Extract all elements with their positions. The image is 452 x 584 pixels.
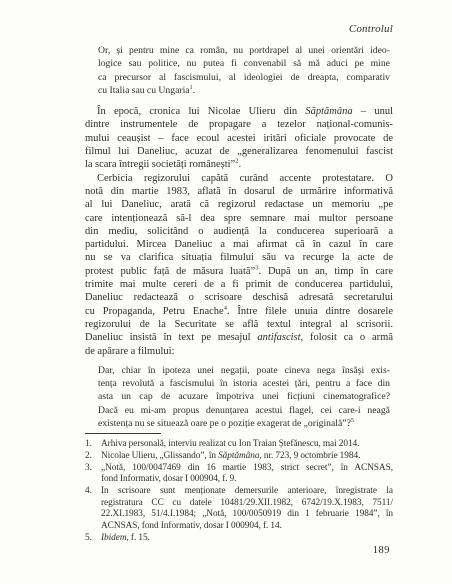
text-line: Daneliuc insistă în text pe mesajul anti… <box>85 331 393 344</box>
text-line: asta un cap de acuzare împotriva unei fi… <box>98 390 390 403</box>
text-line: Dar, chiar în ipoteza unei negații, poat… <box>98 364 390 377</box>
footnote: 1.Arhiva personală, interviu realizat cu… <box>85 439 393 451</box>
footnote-line: În scrisoare sunt menționate demersurile… <box>101 486 393 498</box>
text-line: tența revolută a fascismului în istoria … <box>98 377 390 390</box>
text-line: cu Propaganda, Petru Enache4. Între file… <box>85 305 393 318</box>
text-line: trimite mai multe cereri de a fi primit … <box>85 278 393 291</box>
text-line: Daneliuc redactează o scrisoare deschisă… <box>85 291 393 304</box>
text-line: filmul lui Daneliuc, acuzat de „generali… <box>85 145 393 158</box>
footnote-number: 4. <box>85 486 99 498</box>
text-line: dintre instrumentele de propagare a teze… <box>85 118 393 131</box>
text-line: ca precursor al fascismului, al ideologi… <box>98 71 390 84</box>
footnote-number: 1. <box>85 439 99 451</box>
text-line: de apărare a filmului: <box>85 345 393 358</box>
text-line: protest public față de măsura luată”3. D… <box>85 265 393 278</box>
footnote-number: 2. <box>85 451 99 463</box>
footnote-number: 5. <box>85 533 99 545</box>
text-line: logice sau politice, nu putea fi convena… <box>98 57 390 70</box>
text-line: Dacă eu mi-am propus denunțarea acestui … <box>98 404 390 417</box>
footnote-separator-rule <box>85 433 161 434</box>
text-line: existența nu se situează oare pe o poziț… <box>98 417 390 430</box>
text-line: al lui Daneliuc, arată că regizorul reda… <box>85 198 393 211</box>
footnotes-section: 1.Arhiva personală, interviu realizat cu… <box>85 439 393 544</box>
body-paragraph-1: În epocă, cronica lui Nicolae Ulieru din… <box>85 105 393 171</box>
text-line: din mediu, solicitând o audiență la cond… <box>85 225 393 238</box>
text-line: partidului. Mircea Daneliuc a mai afirma… <box>85 238 393 251</box>
main-text: Or, și pentru mine ca român, nu portdrap… <box>85 44 393 430</box>
footnote: 2.Nicolae Ulieru, „Glissando”, în Săptăm… <box>85 451 393 463</box>
footnote-line: Nicolae Ulieru, „Glissando”, în Săptămân… <box>101 451 393 463</box>
text-line: cu Italia sau cu Ungaria1. <box>98 84 390 97</box>
footnote-line: ACNSAS, fond Informativ, dosar I 000904,… <box>101 521 393 533</box>
text-line: notă din martie 1983, aflată în dosarul … <box>85 185 393 198</box>
book-page: Controlul Or, și pentru mine ca român, n… <box>0 0 452 584</box>
body-paragraph-2: Cerbicia regizorului capătă curând accen… <box>85 172 393 358</box>
text-line: În epocă, cronica lui Nicolae Ulieru din… <box>85 105 393 118</box>
footnote-line: Ibidem, f. 15. <box>101 533 393 545</box>
text-line: la scara întregii societăți românești”2. <box>85 158 393 171</box>
footnote: 3.„Notă, 100/0047469 din 16 martie 1983,… <box>85 463 393 486</box>
text-line: care intenționează să-l dea spre semnare… <box>85 212 393 225</box>
page-number: 189 <box>373 545 390 556</box>
footnote-line: registratura CC cu datele 10481/29.XII.1… <box>101 498 393 510</box>
text-column: Or, și pentru mine ca român, nu portdrap… <box>85 0 393 545</box>
footnote-line: Arhiva personală, interviu realizat cu I… <box>101 439 393 451</box>
quote-paragraph-2: Dar, chiar în ipoteza unei negații, poat… <box>98 364 390 430</box>
text-line: mului ceaușist – face ecoul acestei irit… <box>85 132 393 145</box>
footnote-line: 22.XI.1983, 51/4.I.1984; „Notă, 100/0050… <box>101 509 393 521</box>
footnote-line: „Notă, 100/0047469 din 16 martie 1983, s… <box>101 463 393 475</box>
text-line: Cerbicia regizorului capătă curând accen… <box>85 172 393 185</box>
footnote: 5.Ibidem, f. 15. <box>85 533 393 545</box>
quote-paragraph-1: Or, și pentru mine ca român, nu portdrap… <box>98 44 390 97</box>
text-line: regizorului de la Securitate se află tex… <box>85 318 393 331</box>
footnote: 4.În scrisoare sunt menționate demersuri… <box>85 486 393 533</box>
text-line: Or, și pentru mine ca român, nu portdrap… <box>98 44 390 57</box>
text-line: nu se va clarifica situația filmului său… <box>85 251 393 264</box>
footnote-number: 3. <box>85 463 99 475</box>
footnote-line: fond Informativ, dosar I 000904, f. 9. <box>101 474 393 486</box>
